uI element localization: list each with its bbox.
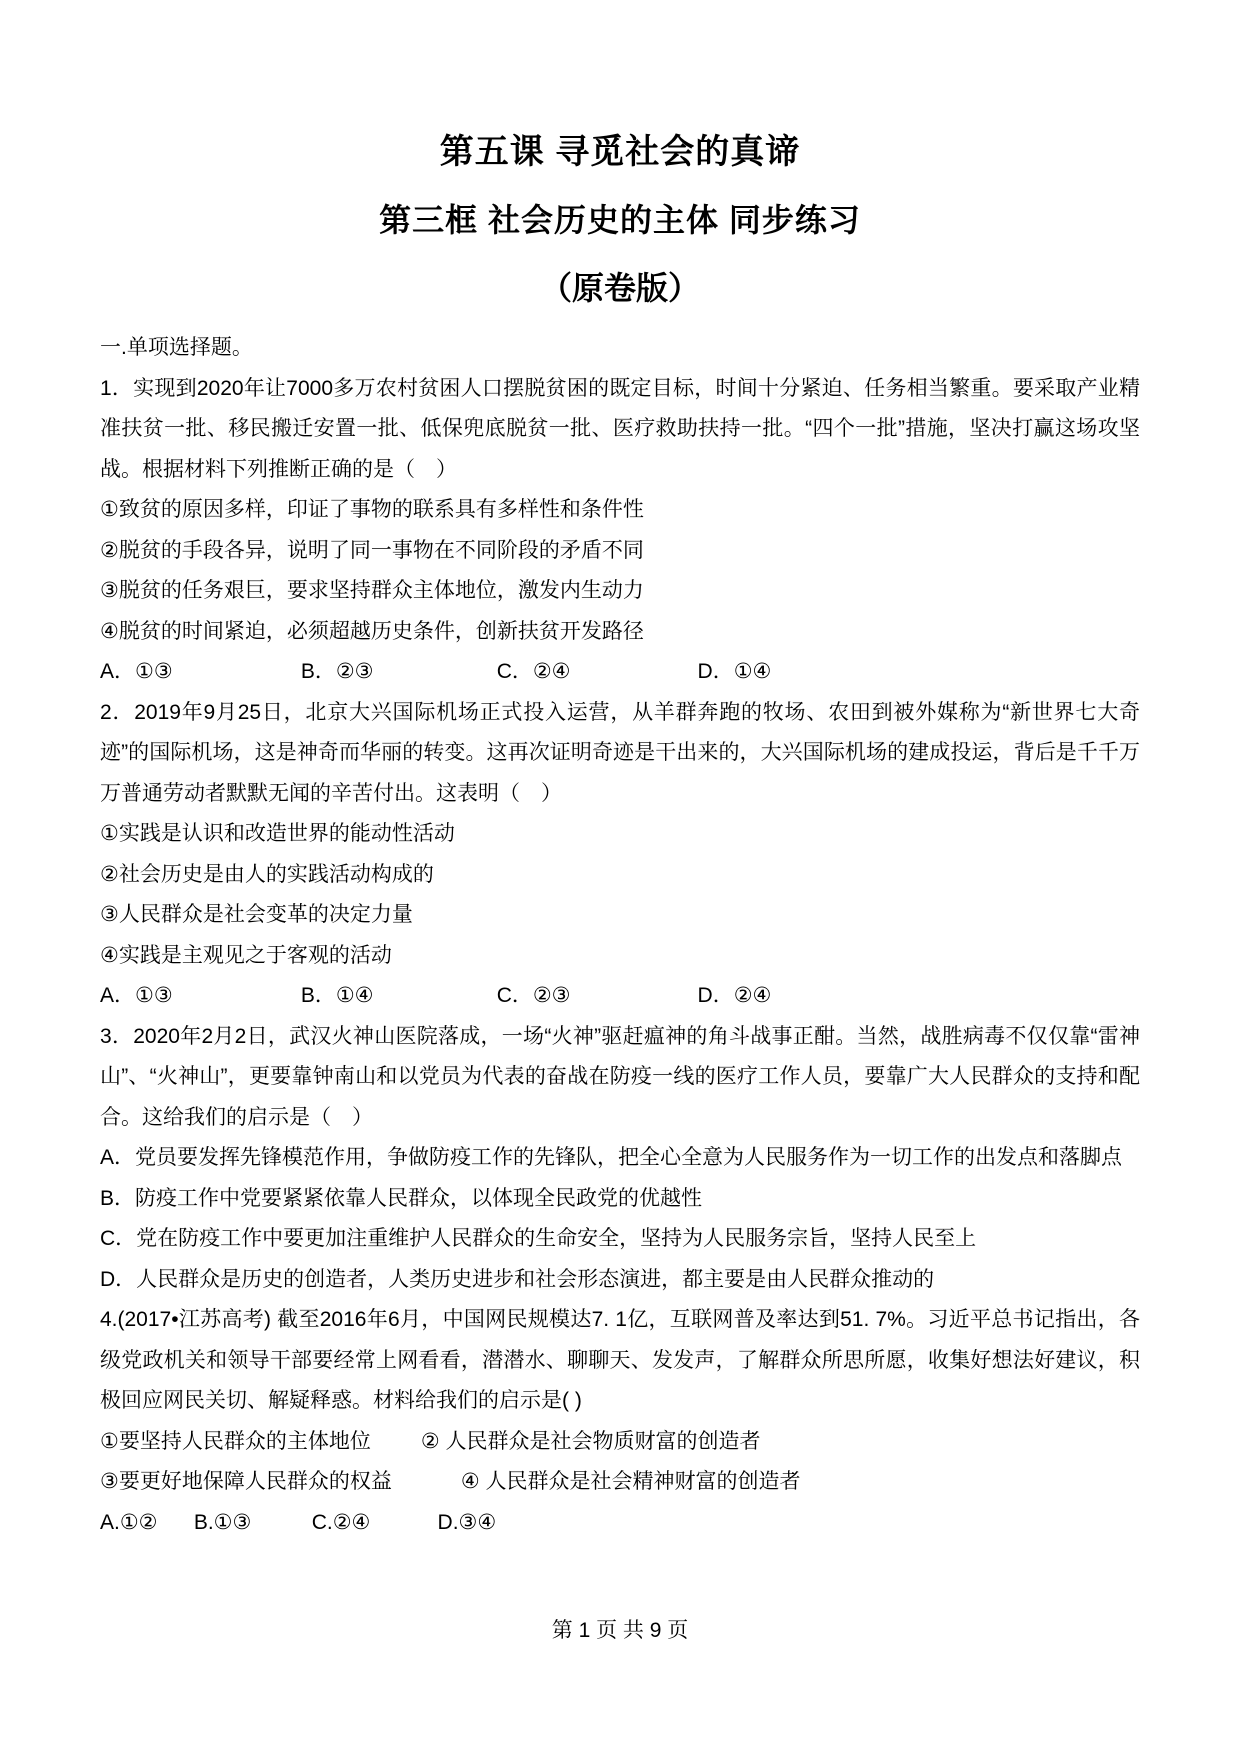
question-2-stem: 2．2019年9月25日，北京大兴国际机场正式投入运营，从羊群奔跑的牧场、农田到… bbox=[100, 693, 1140, 815]
question-1-item-2: ②脱贫的手段各异，说明了同一事物在不同阶段的矛盾不同 bbox=[100, 531, 1140, 572]
question-2-item-2: ②社会历史是由人的实践活动构成的 bbox=[100, 855, 1140, 896]
question-1-item-4: ④脱贫的时间紧迫，必须超越历史条件，创新扶贫开发路径 bbox=[100, 612, 1140, 653]
question-4-option-a: A.①② bbox=[100, 1503, 188, 1544]
course-title: 第五课 寻觅社会的真谛 bbox=[100, 130, 1140, 174]
question-2-option-c: C．②③ bbox=[497, 976, 692, 1017]
question-4-options-row: A.①② B.①③ C.②④ D.③④ bbox=[100, 1503, 1140, 1544]
question-2-option-a: A．①③ bbox=[100, 976, 295, 1017]
question-4-item-3: ③要更好地保障人民群众的权益 bbox=[100, 1462, 455, 1503]
question-1-option-d: D．①④ bbox=[698, 652, 772, 693]
page-footer: 第 1 页 共 9 页 bbox=[0, 1618, 1240, 1644]
lesson-subtitle: 第三框 社会历史的主体 同步练习 bbox=[100, 198, 1140, 242]
question-4-stem: 4.(2017•江苏高考) 截至2016年6月，中国网民规模达7. 1亿，互联网… bbox=[100, 1300, 1140, 1422]
question-3-stem: 3．2020年2月2日，武汉火神山医院落成，一场“火神”驱赶瘟神的角斗战事正酣。… bbox=[100, 1017, 1140, 1139]
question-4-option-c: C.②④ bbox=[312, 1503, 432, 1544]
edition-label: （原卷版） bbox=[100, 266, 1140, 310]
question-4-item-2: ② 人民群众是社会物质财富的创造者 bbox=[421, 1430, 761, 1453]
question-1-item-1: ①致贫的原因多样，印证了事物的联系具有多样性和条件性 bbox=[100, 490, 1140, 531]
question-4-option-d: D.③④ bbox=[438, 1503, 497, 1544]
question-4-item-1: ①要坚持人民群众的主体地位 bbox=[100, 1422, 415, 1463]
section-heading: 一.单项选择题。 bbox=[100, 328, 1140, 369]
question-1-options-row: A．①③ B．②③ C．②④ D．①④ bbox=[100, 652, 1140, 693]
question-3-choice-c: C．党在防疫工作中要更加注重维护人民群众的生命安全，坚持为人民服务宗旨，坚持人民… bbox=[100, 1219, 1140, 1260]
question-4-item-row-2: ③要更好地保障人民群众的权益 ④ 人民群众是社会精神财富的创造者 bbox=[100, 1462, 1140, 1503]
question-2-options-row: A．①③ B．①④ C．②③ D．②④ bbox=[100, 976, 1140, 1017]
question-1-stem: 1．实现到2020年让7000多万农村贫困人口摆脱贫困的既定目标，时间十分紧迫、… bbox=[100, 369, 1140, 491]
question-2-option-d: D．②④ bbox=[698, 976, 772, 1017]
question-4-option-b: B.①③ bbox=[194, 1503, 306, 1544]
question-2-item-4: ④实践是主观见之于客观的活动 bbox=[100, 936, 1140, 977]
question-1-option-c: C．②④ bbox=[497, 652, 692, 693]
question-1-option-a: A．①③ bbox=[100, 652, 295, 693]
question-3-choice-d: D．人民群众是历史的创造者，人类历史进步和社会形态演进，都主要是由人民群众推动的 bbox=[100, 1260, 1140, 1301]
document-page: 第五课 寻觅社会的真谛 第三框 社会历史的主体 同步练习 （原卷版） 一.单项选… bbox=[0, 0, 1240, 1754]
question-3-choice-b: B．防疫工作中党要紧紧依靠人民群众，以体现全民政党的优越性 bbox=[100, 1179, 1140, 1220]
question-2-item-1: ①实践是认识和改造世界的能动性活动 bbox=[100, 814, 1140, 855]
question-1-option-b: B．②③ bbox=[301, 652, 491, 693]
question-3-choice-a: A．党员要发挥先锋模范作用，争做防疫工作的先锋队，把全心全意为人民服务作为一切工… bbox=[100, 1138, 1140, 1179]
question-2-item-3: ③人民群众是社会变革的决定力量 bbox=[100, 895, 1140, 936]
question-1-item-3: ③脱贫的任务艰巨，要求坚持群众主体地位，激发内生动力 bbox=[100, 571, 1140, 612]
question-2-option-b: B．①④ bbox=[301, 976, 491, 1017]
question-4-item-row-1: ①要坚持人民群众的主体地位 ② 人民群众是社会物质财富的创造者 bbox=[100, 1422, 1140, 1463]
question-4-item-4: ④ 人民群众是社会精神财富的创造者 bbox=[461, 1470, 801, 1493]
exam-body: 一.单项选择题。 1．实现到2020年让7000多万农村贫困人口摆脱贫困的既定目… bbox=[100, 328, 1140, 1543]
